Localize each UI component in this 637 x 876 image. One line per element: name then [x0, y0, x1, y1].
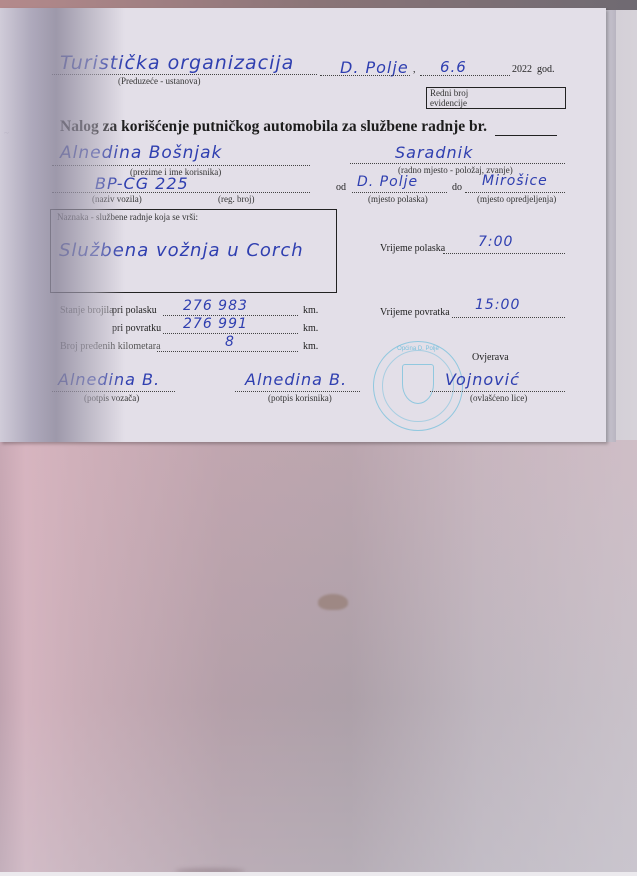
bleed-through-text: ~ — [4, 128, 9, 138]
authorized-signature-line — [430, 391, 565, 392]
from-label: (mjesto polaska) — [368, 194, 428, 204]
authorized-signature-label: (ovlašćeno lice) — [470, 393, 527, 403]
distance-label: Broj pređenih kilometara — [60, 341, 161, 352]
user-signature-label: (potpis korisnika) — [268, 393, 332, 403]
vehicle-use-order-form: ~ Turistička organizacija (Preduzeće - u… — [0, 8, 606, 442]
date-line — [420, 75, 510, 76]
year-suffix: god. — [537, 64, 555, 75]
departure-time-value: 7:00 — [478, 234, 513, 250]
task-box: Naznaka - službene radnje koja se vrši: … — [50, 209, 337, 293]
to-label: (mjesto opredjeljenja) — [477, 194, 556, 204]
departure-time-line — [443, 253, 565, 254]
position-line — [350, 163, 565, 164]
odometer-return-value: 276 991 — [183, 316, 248, 332]
order-number-line — [495, 135, 557, 136]
record-box-line2: evidencije — [430, 98, 467, 108]
to-prefix: do — [452, 182, 462, 193]
company-line — [52, 74, 317, 75]
from-value: D. Polje — [357, 174, 418, 190]
record-number-box: Redni broj evidencije — [426, 87, 566, 109]
user-name-line — [52, 165, 310, 166]
year-value: 2022 — [512, 64, 532, 75]
user-signature: Alnedina B. — [245, 370, 347, 389]
odometer-depart-value: 276 983 — [183, 298, 248, 314]
authorized-signature: Vojnović — [445, 370, 520, 389]
driver-signature-label: (potpis vozača) — [84, 393, 139, 403]
vehicle-name-label: (naziv vozila) — [92, 194, 142, 204]
coat-of-arms-icon — [402, 364, 434, 404]
date-value: 6.6 — [440, 58, 467, 76]
from-prefix: od — [336, 182, 346, 193]
reg-label: (reg. broj) — [218, 194, 254, 204]
user-signature-line — [235, 391, 360, 392]
stamp-text: Općina D. Polje — [374, 346, 462, 352]
certify-label: Ovjerava — [472, 352, 509, 363]
vehicle-line — [52, 192, 310, 193]
form-title: Nalog za korišćenje putničkog automobila… — [60, 118, 487, 136]
company-value: Turistička organizacija — [60, 52, 294, 74]
unit-km-3: km. — [303, 341, 318, 352]
return-time-label: Vrijeme povratka — [380, 307, 450, 318]
odometer-label: Stanje brojila — [60, 305, 114, 316]
stain-mark — [318, 594, 348, 610]
distance-value: 8 — [225, 334, 235, 350]
odometer-return-label: pri povratku — [112, 323, 161, 334]
odometer-depart-label: pri polasku — [112, 305, 157, 316]
distance-line — [157, 351, 298, 352]
comma-separator: , — [413, 64, 416, 75]
to-value: Mirošice — [482, 173, 548, 189]
task-value: Službena vožnja u Corch — [59, 240, 304, 261]
return-time-line — [452, 317, 565, 318]
unit-km-2: km. — [303, 323, 318, 334]
driver-signature-line — [52, 391, 175, 392]
position-value: Saradnik — [395, 143, 473, 162]
departure-time-label: Vrijeme polaska — [380, 243, 445, 254]
driver-signature: Alnedina B. — [58, 370, 160, 389]
scan-background — [0, 440, 637, 876]
place-line — [320, 75, 410, 76]
company-label: (Preduzeće - ustanova) — [118, 76, 200, 86]
user-name-value: Alnedina Bošnjak — [60, 143, 222, 163]
scanner-bottom-edge — [0, 872, 637, 876]
task-label: Naznaka - službene radnje koja se vrši: — [57, 212, 198, 222]
vehicle-value: BP-CG 225 — [95, 174, 189, 193]
return-time-value: 15:00 — [475, 297, 520, 313]
from-line — [352, 192, 447, 193]
unit-km-1: km. — [303, 305, 318, 316]
record-box-line1: Redni broj — [430, 88, 468, 98]
to-line — [465, 192, 565, 193]
